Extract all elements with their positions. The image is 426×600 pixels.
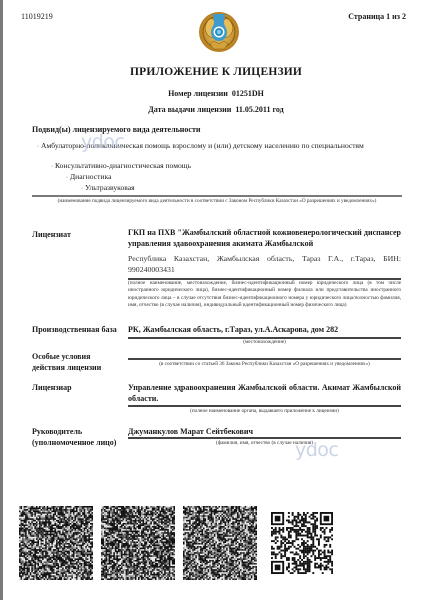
licensee-name: ГКП на ПХВ "Жамбылский областной кожнове… bbox=[128, 228, 401, 249]
divider bbox=[128, 405, 401, 407]
barcode-2-icon bbox=[101, 506, 175, 580]
state-emblem-icon bbox=[196, 8, 242, 54]
licensee-note: (полное наименование, местонахождение, б… bbox=[128, 280, 401, 309]
special-conditions-label-line2: действия лицензии bbox=[32, 362, 101, 373]
subtypes-note: (наименование подвида лицензируемого вид… bbox=[32, 198, 402, 205]
license-date-value: 11.05.2011 год bbox=[235, 105, 283, 114]
subtype-item: ·Диагностика bbox=[66, 172, 111, 181]
page-title: ПРИЛОЖЕНИЕ К ЛИЦЕНЗИИ bbox=[3, 66, 426, 78]
watermark: ydoc bbox=[295, 439, 338, 461]
head-label: Руководитель (уполномоченное лицо) bbox=[32, 427, 116, 448]
head-label-line1: Руководитель bbox=[32, 427, 116, 438]
subtype-item: ·Консультативно-диагностическая помощь bbox=[51, 161, 191, 170]
special-conditions-label-line1: Особые условия bbox=[32, 351, 101, 362]
head-note: (фамилия, имя, отчество (в случае наличи… bbox=[128, 440, 401, 446]
special-conditions-label: Особые условия действия лицензии bbox=[32, 351, 101, 373]
bullet-icon: · bbox=[81, 186, 83, 192]
head-name: Джуманкулов Марат Сейтбекович bbox=[128, 427, 253, 436]
divider bbox=[32, 195, 402, 197]
production-base-note: (местонахождение) bbox=[128, 339, 401, 345]
watermark: ydoc bbox=[81, 131, 124, 153]
license-date-label: Дата выдачи лицензии bbox=[148, 105, 231, 114]
subtype-text: Диагностика bbox=[70, 172, 111, 181]
production-base-value: РК, Жамбылская область, г.Тараз, ул.А.Ас… bbox=[128, 325, 401, 334]
license-number-value: 01251DH bbox=[232, 89, 264, 98]
head-label-line2: (уполномоченное лицо) bbox=[32, 438, 116, 449]
production-base-label: Производственная база bbox=[32, 325, 117, 334]
divider bbox=[128, 437, 401, 439]
licensor-note: (полное наименование органа, выдавшего п… bbox=[128, 408, 401, 414]
document-id: 11019219 bbox=[21, 12, 53, 21]
subtype-text: Ультразвуковая bbox=[85, 183, 135, 192]
special-conditions-note: (в соответствии со статьей 36 Закона Рес… bbox=[128, 361, 401, 367]
licensee-label: Лицензиат bbox=[32, 230, 71, 239]
barcode-1-icon bbox=[19, 506, 93, 580]
barcode-3-icon bbox=[183, 506, 257, 580]
license-date: Дата выдачи лицензии 11.05.2011 год bbox=[3, 105, 426, 114]
license-number-label: Номер лицензии bbox=[168, 89, 228, 98]
qr-code-icon bbox=[271, 512, 333, 574]
license-number: Номер лицензии 01251DH bbox=[3, 89, 426, 98]
bullet-icon: · bbox=[51, 164, 53, 170]
subtype-text: Консультативно-диагностическая помощь bbox=[55, 161, 191, 170]
licensor-label: Лицензиар bbox=[32, 383, 72, 392]
licensee-address: Республика Казахстан, Жамбылская область… bbox=[128, 254, 401, 275]
divider bbox=[128, 358, 401, 360]
bullet-icon: · bbox=[66, 175, 68, 181]
bullet-icon: · bbox=[37, 144, 39, 150]
licensor-value: Управление здравоохранения Жамбылской об… bbox=[128, 383, 401, 404]
page-indicator: Страница 1 из 2 bbox=[348, 12, 406, 21]
subtype-item: ·Ультразвуковая bbox=[81, 183, 135, 192]
